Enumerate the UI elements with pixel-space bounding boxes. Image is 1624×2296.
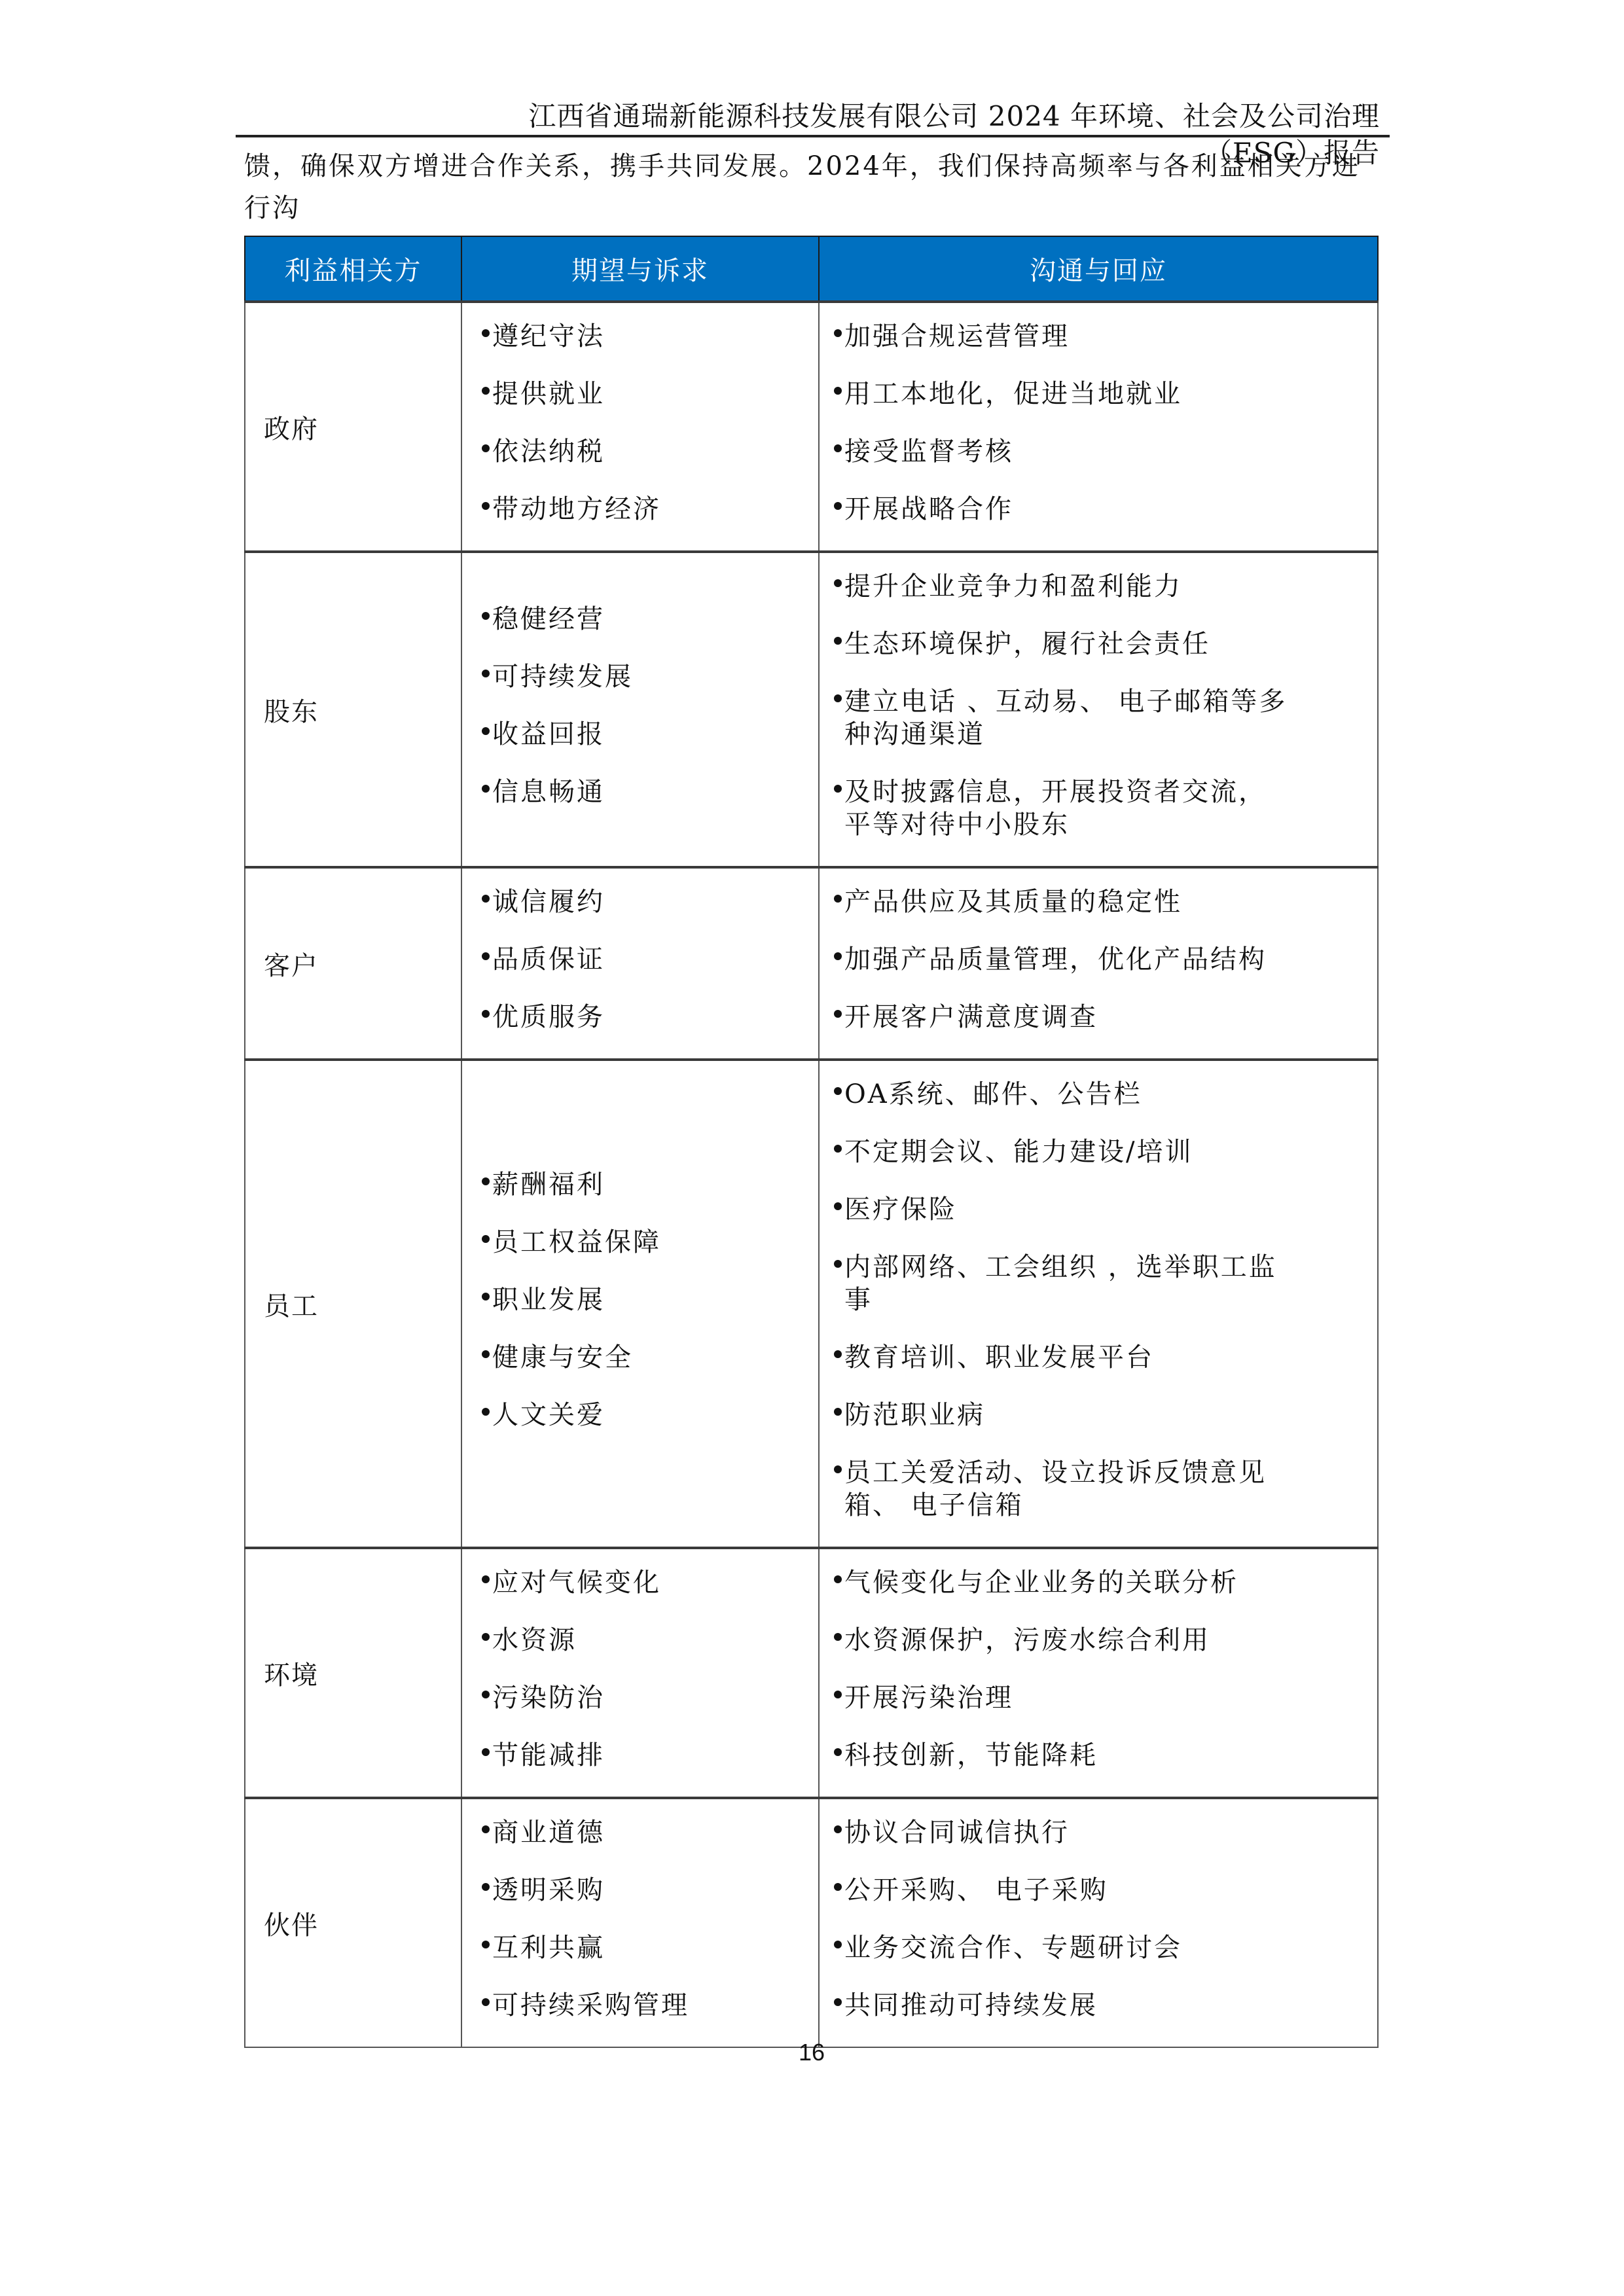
bullet-icon bbox=[482, 1691, 490, 1698]
response-item: 加强产品质量管理，优化产品结构 bbox=[820, 943, 1377, 976]
response-item: 医疗保险 bbox=[820, 1193, 1377, 1226]
response-item: 产品供应及其质量的稳定性 bbox=[820, 886, 1377, 918]
stakeholder-name: 伙伴 bbox=[245, 1798, 461, 2047]
bullet-icon bbox=[482, 1408, 490, 1416]
expectation-item: 依法纳税 bbox=[462, 435, 818, 468]
response-text: 开展污染治理 bbox=[844, 1681, 1290, 1714]
table-row: 政府遵纪守法提供就业依法纳税带动地方经济加强合规运营管理用工本地化，促进当地就业… bbox=[245, 302, 1378, 552]
expectation-list: 遵纪守法提供就业依法纳税带动地方经济 bbox=[462, 303, 818, 526]
bullet-icon bbox=[482, 1883, 490, 1891]
bullet-icon bbox=[834, 329, 842, 337]
response-item: 科技创新，节能降耗 bbox=[820, 1739, 1377, 1772]
header-divider bbox=[236, 135, 1390, 137]
table-row: 伙伴商业道德透明采购互利共赢可持续采购管理协议合同诚信执行公开采购、 电子采购业… bbox=[245, 1798, 1378, 2047]
expectation-cell: 遵纪守法提供就业依法纳税带动地方经济 bbox=[461, 302, 819, 552]
response-item: 提升企业竞争力和盈利能力 bbox=[820, 570, 1377, 603]
response-text: 员工关爱活动、设立投诉反馈意见箱、 电子信箱 bbox=[844, 1456, 1290, 1522]
expectation-text: 应对气候变化 bbox=[492, 1568, 661, 1598]
response-item: 员工关爱活动、设立投诉反馈意见箱、 电子信箱 bbox=[820, 1456, 1377, 1522]
bullet-icon bbox=[834, 1087, 842, 1095]
response-item: 公开采购、 电子采购 bbox=[820, 1874, 1377, 1907]
response-cell: 气候变化与企业业务的关联分析水资源保护，污废水综合利用开展污染治理科技创新，节能… bbox=[819, 1548, 1378, 1798]
bullet-icon bbox=[834, 1575, 842, 1583]
expectation-cell: 稳健经营可持续发展收益回报信息畅通 bbox=[461, 552, 819, 867]
response-text: 建立电话 、互动易、 电子邮箱等多种沟通渠道 bbox=[844, 685, 1290, 751]
expectation-item: 品质保证 bbox=[462, 943, 818, 976]
expectation-text: 优质服务 bbox=[492, 1002, 605, 1032]
bullet-icon bbox=[482, 502, 490, 510]
table-row: 客户诚信履约品质保证优质服务产品供应及其质量的稳定性加强产品质量管理，优化产品结… bbox=[245, 867, 1378, 1060]
response-text: 及时披露信息，开展投资者交流，平等对待中小股东 bbox=[844, 776, 1290, 841]
bullet-icon bbox=[482, 727, 490, 735]
expectation-item: 带动地方经济 bbox=[462, 493, 818, 526]
response-list: OA系统、邮件、公告栏不定期会议、能力建设/培训医疗保险内部网络、工会组织 ，选… bbox=[820, 1061, 1377, 1522]
expectation-item: 节能减排 bbox=[462, 1739, 818, 1772]
table-row: 环境应对气候变化水资源污染防治节能减排气候变化与企业业务的关联分析水资源保护，污… bbox=[245, 1548, 1378, 1798]
bullet-icon bbox=[482, 1350, 490, 1358]
response-text: OA系统、邮件、公告栏 bbox=[844, 1078, 1290, 1111]
response-text: 气候变化与企业业务的关联分析 bbox=[844, 1566, 1290, 1599]
expectation-item: 薪酬福利 bbox=[462, 1168, 818, 1201]
response-cell: 产品供应及其质量的稳定性加强产品质量管理，优化产品结构开展客户满意度调查 bbox=[819, 867, 1378, 1060]
response-item: 不定期会议、能力建设/培训 bbox=[820, 1136, 1377, 1168]
expectation-item: 优质服务 bbox=[462, 1001, 818, 1033]
expectation-cell: 商业道德透明采购互利共赢可持续采购管理 bbox=[461, 1798, 819, 2047]
expectation-cell: 薪酬福利员工权益保障职业发展健康与安全人文关爱 bbox=[461, 1060, 819, 1548]
expectation-item: 稳健经营 bbox=[462, 603, 818, 636]
response-item: 协议合同诚信执行 bbox=[820, 1816, 1377, 1849]
response-text: 生态环境保护，履行社会责任 bbox=[844, 628, 1290, 660]
expectation-item: 应对气候变化 bbox=[462, 1566, 818, 1599]
response-text: 加强产品质量管理，优化产品结构 bbox=[844, 943, 1290, 976]
bullet-icon bbox=[834, 895, 842, 903]
stakeholder-table: 利益相关方 期望与诉求 沟通与回应 政府遵纪守法提供就业依法纳税带动地方经济加强… bbox=[244, 236, 1379, 2048]
response-item: 防范职业病 bbox=[820, 1399, 1377, 1431]
bullet-icon bbox=[834, 579, 842, 587]
expectation-list: 诚信履约品质保证优质服务 bbox=[462, 869, 818, 1033]
expectation-item: 诚信履约 bbox=[462, 886, 818, 918]
expectation-item: 职业发展 bbox=[462, 1283, 818, 1316]
bullet-icon bbox=[834, 502, 842, 510]
bullet-icon bbox=[482, 1293, 490, 1300]
response-text: 科技创新，节能降耗 bbox=[844, 1739, 1290, 1772]
expectation-text: 收益回报 bbox=[492, 719, 605, 749]
response-text: 提升企业竞争力和盈利能力 bbox=[844, 570, 1290, 603]
expectation-item: 遵纪守法 bbox=[462, 320, 818, 353]
response-text: 医疗保险 bbox=[844, 1193, 1290, 1226]
bullet-icon bbox=[482, 1575, 490, 1583]
expectation-item: 员工权益保障 bbox=[462, 1226, 818, 1259]
bullet-icon bbox=[834, 1998, 842, 2006]
bullet-icon bbox=[482, 612, 490, 620]
bullet-icon bbox=[834, 387, 842, 395]
bullet-icon bbox=[834, 637, 842, 645]
expectation-cell: 应对气候变化水资源污染防治节能减排 bbox=[461, 1548, 819, 1798]
bullet-icon bbox=[482, 1748, 490, 1756]
page-number: 16 bbox=[779, 2039, 844, 2066]
bullet-icon bbox=[834, 1202, 842, 1210]
response-item: 开展污染治理 bbox=[820, 1681, 1377, 1714]
expectation-text: 诚信履约 bbox=[492, 887, 605, 917]
bullet-icon bbox=[834, 444, 842, 452]
response-cell: 提升企业竞争力和盈利能力生态环境保护，履行社会责任建立电话 、互动易、 电子邮箱… bbox=[819, 552, 1378, 867]
response-text: 产品供应及其质量的稳定性 bbox=[844, 886, 1290, 918]
bullet-icon bbox=[834, 1260, 842, 1268]
expectation-text: 薪酬福利 bbox=[492, 1170, 605, 1200]
response-text: 不定期会议、能力建设/培训 bbox=[844, 1136, 1290, 1168]
stakeholder-name: 环境 bbox=[245, 1548, 461, 1798]
bullet-icon bbox=[482, 329, 490, 337]
table-row: 股东稳健经营可持续发展收益回报信息畅通提升企业竞争力和盈利能力生态环境保护，履行… bbox=[245, 552, 1378, 867]
expectation-item: 透明采购 bbox=[462, 1874, 818, 1907]
expectation-item: 可持续采购管理 bbox=[462, 1989, 818, 2022]
bullet-icon bbox=[834, 1633, 842, 1641]
stakeholder-name: 股东 bbox=[245, 552, 461, 867]
response-item: 开展战略合作 bbox=[820, 493, 1377, 526]
bullet-icon bbox=[482, 1633, 490, 1641]
table-header-row: 利益相关方 期望与诉求 沟通与回应 bbox=[245, 236, 1378, 302]
response-item: 及时披露信息，开展投资者交流，平等对待中小股东 bbox=[820, 776, 1377, 841]
response-text: 开展客户满意度调查 bbox=[844, 1001, 1290, 1033]
response-text: 接受监督考核 bbox=[844, 435, 1290, 468]
expectation-text: 可持续采购管理 bbox=[492, 1990, 689, 2020]
expectation-text: 带动地方经济 bbox=[492, 494, 661, 524]
expectation-text: 稳健经营 bbox=[492, 604, 605, 634]
response-text: 开展战略合作 bbox=[844, 493, 1290, 526]
bullet-icon bbox=[482, 1998, 490, 2006]
response-item: 内部网络、工会组织 ，选举职工监事 bbox=[820, 1251, 1377, 1316]
response-text: 教育培训、职业发展平台 bbox=[844, 1341, 1290, 1374]
expectation-text: 信息畅通 bbox=[492, 777, 605, 807]
stakeholder-name: 政府 bbox=[245, 302, 461, 552]
response-item: 共同推动可持续发展 bbox=[820, 1989, 1377, 2022]
response-list: 加强合规运营管理用工本地化，促进当地就业接受监督考核开展战略合作 bbox=[820, 303, 1377, 526]
response-list: 产品供应及其质量的稳定性加强产品质量管理，优化产品结构开展客户满意度调查 bbox=[820, 869, 1377, 1033]
bullet-icon bbox=[834, 1883, 842, 1891]
intro-line-1: 馈，确保双方增进合作关系，携手共同发展。2024年，我们保持高频率与各利益相关方… bbox=[244, 145, 1383, 229]
bullet-icon bbox=[482, 1010, 490, 1018]
response-text: 共同推动可持续发展 bbox=[844, 1989, 1290, 2022]
expectation-text: 人文关爱 bbox=[492, 1400, 605, 1430]
response-text: 公开采购、 电子采购 bbox=[844, 1874, 1290, 1907]
response-item: OA系统、邮件、公告栏 bbox=[820, 1078, 1377, 1111]
expectation-text: 污染防治 bbox=[492, 1683, 605, 1713]
bullet-icon bbox=[834, 694, 842, 702]
bullet-icon bbox=[834, 785, 842, 793]
response-item: 教育培训、职业发展平台 bbox=[820, 1341, 1377, 1374]
expectation-item: 污染防治 bbox=[462, 1681, 818, 1714]
expectation-text: 提供就业 bbox=[492, 379, 605, 409]
response-text: 协议合同诚信执行 bbox=[844, 1816, 1290, 1849]
expectation-list: 商业道德透明采购互利共赢可持续采购管理 bbox=[462, 1799, 818, 2022]
expectation-item: 信息畅通 bbox=[462, 776, 818, 808]
response-item: 建立电话 、互动易、 电子邮箱等多种沟通渠道 bbox=[820, 685, 1377, 751]
response-list: 气候变化与企业业务的关联分析水资源保护，污废水综合利用开展污染治理科技创新，节能… bbox=[820, 1549, 1377, 1772]
bullet-icon bbox=[482, 1825, 490, 1833]
bullet-icon bbox=[834, 1465, 842, 1473]
bullet-icon bbox=[834, 1350, 842, 1358]
response-cell: OA系统、邮件、公告栏不定期会议、能力建设/培训医疗保险内部网络、工会组织 ，选… bbox=[819, 1060, 1378, 1548]
response-item: 业务交流合作、专题研讨会 bbox=[820, 1931, 1377, 1964]
expectation-item: 互利共赢 bbox=[462, 1931, 818, 1964]
response-item: 加强合规运营管理 bbox=[820, 320, 1377, 353]
bullet-icon bbox=[834, 1010, 842, 1018]
expectation-item: 提供就业 bbox=[462, 378, 818, 410]
expectation-list: 薪酬福利员工权益保障职业发展健康与安全人文关爱 bbox=[462, 1151, 818, 1431]
bullet-icon bbox=[834, 1408, 842, 1416]
expectation-text: 商业道德 bbox=[492, 1818, 605, 1848]
bullet-icon bbox=[482, 444, 490, 452]
expectation-text: 互利共赢 bbox=[492, 1933, 605, 1963]
response-list: 提升企业竞争力和盈利能力生态环境保护，履行社会责任建立电话 、互动易、 电子邮箱… bbox=[820, 553, 1377, 841]
response-text: 水资源保护，污废水综合利用 bbox=[844, 1624, 1290, 1657]
expectation-list: 稳健经营可持续发展收益回报信息畅通 bbox=[462, 586, 818, 808]
response-list: 协议合同诚信执行公开采购、 电子采购业务交流合作、专题研讨会共同推动可持续发展 bbox=[820, 1799, 1377, 2022]
response-item: 开展客户满意度调查 bbox=[820, 1001, 1377, 1033]
column-header-responses: 沟通与回应 bbox=[819, 236, 1378, 302]
stakeholder-name: 客户 bbox=[245, 867, 461, 1060]
bullet-icon bbox=[482, 895, 490, 903]
response-item: 生态环境保护，履行社会责任 bbox=[820, 628, 1377, 660]
expectation-cell: 诚信履约品质保证优质服务 bbox=[461, 867, 819, 1060]
bullet-icon bbox=[834, 1825, 842, 1833]
expectation-text: 可持续发展 bbox=[492, 662, 633, 692]
expectation-text: 品质保证 bbox=[492, 944, 605, 975]
response-text: 内部网络、工会组织 ，选举职工监事 bbox=[844, 1251, 1290, 1316]
expectation-text: 健康与安全 bbox=[492, 1342, 633, 1372]
expectation-text: 依法纳税 bbox=[492, 437, 605, 467]
bullet-icon bbox=[482, 952, 490, 960]
column-header-expectations: 期望与诉求 bbox=[461, 236, 819, 302]
expectation-item: 收益回报 bbox=[462, 718, 818, 751]
bullet-icon bbox=[834, 1941, 842, 1948]
stakeholder-name: 员工 bbox=[245, 1060, 461, 1548]
response-text: 业务交流合作、专题研讨会 bbox=[844, 1931, 1290, 1964]
bullet-icon bbox=[482, 1177, 490, 1185]
response-cell: 加强合规运营管理用工本地化，促进当地就业接受监督考核开展战略合作 bbox=[819, 302, 1378, 552]
table-row: 员工薪酬福利员工权益保障职业发展健康与安全人文关爱OA系统、邮件、公告栏不定期会… bbox=[245, 1060, 1378, 1548]
response-text: 防范职业病 bbox=[844, 1399, 1290, 1431]
column-header-stakeholder: 利益相关方 bbox=[245, 236, 461, 302]
bullet-icon bbox=[834, 1145, 842, 1153]
bullet-icon bbox=[482, 387, 490, 395]
bullet-icon bbox=[482, 670, 490, 677]
response-cell: 协议合同诚信执行公开采购、 电子采购业务交流合作、专题研讨会共同推动可持续发展 bbox=[819, 1798, 1378, 2047]
expectation-item: 商业道德 bbox=[462, 1816, 818, 1849]
response-item: 水资源保护，污废水综合利用 bbox=[820, 1624, 1377, 1657]
response-item: 用工本地化，促进当地就业 bbox=[820, 378, 1377, 410]
bullet-icon bbox=[482, 1235, 490, 1243]
response-text: 加强合规运营管理 bbox=[844, 320, 1290, 353]
expectation-item: 可持续发展 bbox=[462, 660, 818, 693]
bullet-icon bbox=[482, 1941, 490, 1948]
bullet-icon bbox=[482, 785, 490, 793]
expectation-text: 水资源 bbox=[492, 1625, 577, 1655]
expectation-item: 水资源 bbox=[462, 1624, 818, 1657]
expectation-text: 透明采购 bbox=[492, 1875, 605, 1905]
expectation-text: 员工权益保障 bbox=[492, 1227, 661, 1257]
expectation-text: 节能减排 bbox=[492, 1740, 605, 1770]
bullet-icon bbox=[834, 1748, 842, 1756]
response-text: 用工本地化，促进当地就业 bbox=[844, 378, 1290, 410]
bullet-icon bbox=[834, 1691, 842, 1698]
expectation-list: 应对气候变化水资源污染防治节能减排 bbox=[462, 1549, 818, 1772]
bullet-icon bbox=[834, 952, 842, 960]
expectation-text: 遵纪守法 bbox=[492, 321, 605, 351]
response-item: 接受监督考核 bbox=[820, 435, 1377, 468]
response-item: 气候变化与企业业务的关联分析 bbox=[820, 1566, 1377, 1599]
expectation-item: 人文关爱 bbox=[462, 1399, 818, 1431]
expectation-text: 职业发展 bbox=[492, 1285, 605, 1315]
expectation-item: 健康与安全 bbox=[462, 1341, 818, 1374]
